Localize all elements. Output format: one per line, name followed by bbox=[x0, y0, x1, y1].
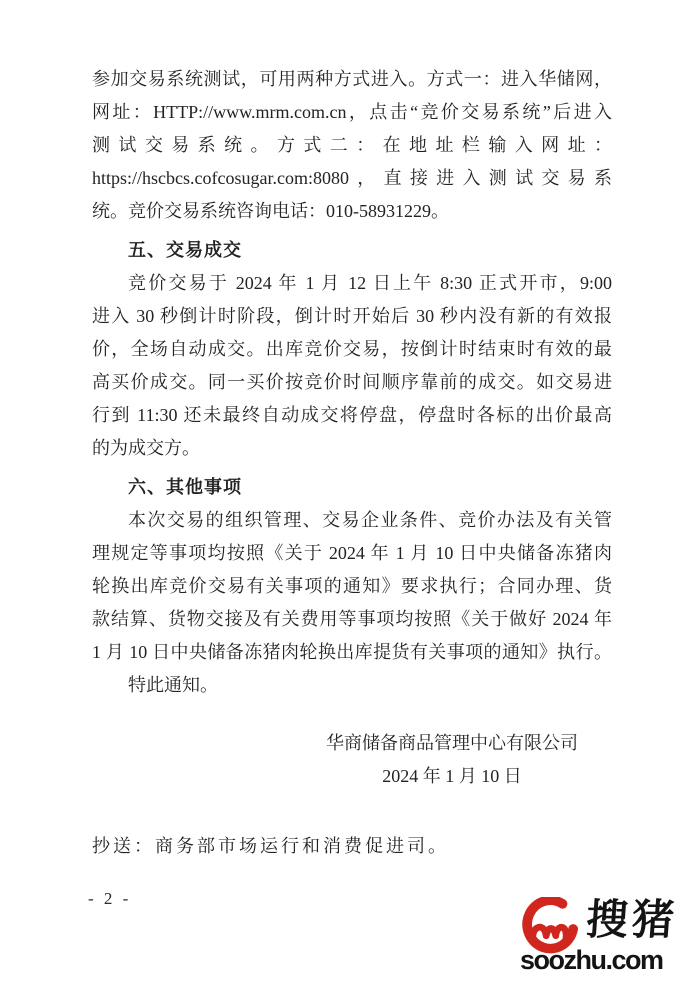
soozhu-watermark: 搜猪 soozhu.com bbox=[520, 897, 692, 979]
text-line: 轮换出库竞价交易有关事项的通知》要求执行；合同办理、货 bbox=[92, 570, 612, 603]
text-line: 网址：HTTP://www.mrm.com.cn，点击“竞价交易系统”后进入 bbox=[92, 96, 612, 129]
text-line: 理规定等事项均按照《关于 2024 年 1 月 10 日中央储备冻猪肉 bbox=[92, 537, 612, 570]
signature-block: 华商储备商品管理中心有限公司 2024 年 1 月 10 日 bbox=[92, 727, 612, 793]
intro-paragraph: 参加交易系统测试，可用两种方式进入。方式一：进入华储网， 网址：HTTP://w… bbox=[92, 63, 612, 228]
document-body: 参加交易系统测试，可用两种方式进入。方式一：进入华储网， 网址：HTTP://w… bbox=[92, 63, 612, 863]
closing-line: 特此通知。 bbox=[92, 669, 612, 702]
text-line: 款结算、货物交接及有关费用等事项均按照《关于做好 2024 年 bbox=[92, 603, 612, 636]
text-line: 行到 11:30 还未最终自动成交将停盘，停盘时各标的出价最高 bbox=[92, 399, 612, 432]
watermark-brand-cn: 搜猪 bbox=[584, 897, 679, 945]
text-line: 进入 30 秒倒计时阶段，倒计时开始后 30 秒内没有新的有效报 bbox=[92, 300, 612, 333]
signature-organization: 华商储备商品管理中心有限公司 bbox=[326, 727, 578, 760]
page-number: - 2 - bbox=[88, 889, 131, 909]
text-line: 本次交易的组织管理、交易企业条件、竞价办法及有关管 bbox=[92, 504, 612, 537]
text-line: 竞价交易于 2024 年 1 月 12 日上午 8:30 正式开市，9:00 bbox=[92, 267, 612, 300]
text-line: 的为成交方。 bbox=[92, 432, 612, 465]
section-5-paragraph: 竞价交易于 2024 年 1 月 12 日上午 8:30 正式开市，9:00 进… bbox=[92, 267, 612, 465]
text-line: 价，全场自动成交。出库竞价交易，按倒计时结束时有效的最 bbox=[92, 333, 612, 366]
text-line: 统。竞价交易系统咨询电话：010-58931229。 bbox=[92, 195, 612, 228]
document-page: { "document": { "intro_paragraph": { "li… bbox=[0, 0, 700, 989]
text-line: 高买价成交。同一买价按竞价时间顺序靠前的成交。如交易进 bbox=[92, 366, 612, 399]
watermark-brand-domain: soozhu.com bbox=[520, 947, 692, 973]
text-line: 测试交易系统。方式二：在地址栏输入网址： bbox=[92, 129, 612, 162]
text-line: 参加交易系统测试，可用两种方式进入。方式一：进入华储网， bbox=[92, 63, 612, 96]
cc-line: 抄送：商务部市场运行和消费促进司。 bbox=[92, 830, 612, 863]
text-line: https://hscbcs.cofcosugar.com:8080，直接进入测… bbox=[92, 162, 612, 195]
signature-date: 2024 年 1 月 10 日 bbox=[326, 760, 578, 793]
section-heading-5: 五、交易成交 bbox=[92, 234, 612, 267]
section-heading-6: 六、其他事项 bbox=[92, 471, 612, 504]
section-6-paragraph: 本次交易的组织管理、交易企业条件、竞价办法及有关管 理规定等事项均按照《关于 2… bbox=[92, 504, 612, 702]
text-line: 1 月 10 日中央储备冻猪肉轮换出库提货有关事项的通知》执行。 bbox=[92, 636, 612, 669]
